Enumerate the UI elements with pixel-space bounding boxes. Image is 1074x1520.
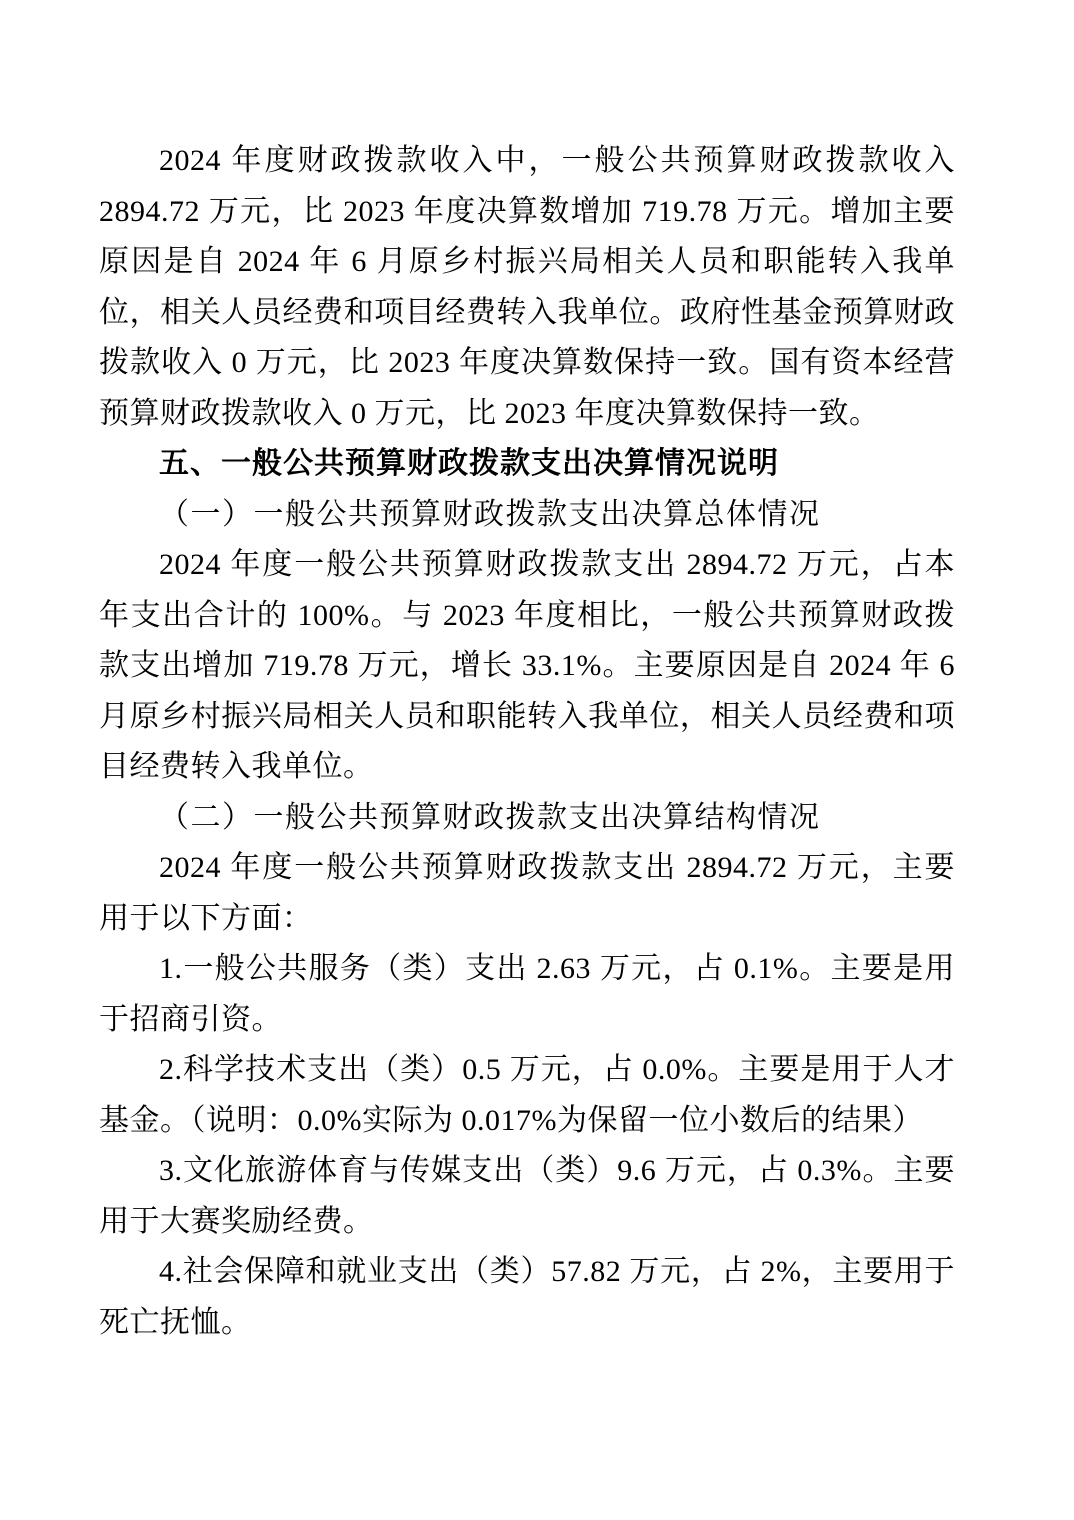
document-page: 2024 年度财政拨款收入中，一般公共预算财政拨款收入 2894.72 万元，比… [0,0,1074,1520]
heading-section-5-general-public-budget-expenditure: 五、一般公共预算财政拨款支出决算情况说明 [99,439,955,490]
list-item-2-science-technology: 2.科学技术支出（类）0.5 万元，占 0.0%。主要是用于人才基金。（说明：0… [99,1045,955,1146]
paragraph-fiscal-appropriation-income: 2024 年度财政拨款收入中，一般公共预算财政拨款收入 2894.72 万元，比… [99,136,955,439]
list-item-1-general-public-services: 1.一般公共服务（类）支出 2.63 万元，占 0.1%。主要是用于招商引资。 [99,944,955,1045]
paragraph-expenditure-structure-intro: 2024 年度一般公共预算财政拨款支出 2894.72 万元，主要用于以下方面： [99,843,955,944]
paragraph-expenditure-overall: 2024 年度一般公共预算财政拨款支出 2894.72 万元，占本年支出合计的 … [99,540,955,793]
list-item-4-social-security-employment: 4.社会保障和就业支出（类）57.82 万元，占 2%，主要用于死亡抚恤。 [99,1247,955,1348]
list-item-3-culture-tourism-sports-media: 3.文化旅游体育与传媒支出（类）9.6 万元，占 0.3%。主要用于大赛奖励经费… [99,1146,955,1247]
subheading-2-expenditure-structure: （二）一般公共预算财政拨款支出决算结构情况 [99,793,955,844]
subheading-1-expenditure-overall-situation: （一）一般公共预算财政拨款支出决算总体情况 [99,490,955,541]
document-content: 2024 年度财政拨款收入中，一般公共预算财政拨款收入 2894.72 万元，比… [99,136,955,1348]
